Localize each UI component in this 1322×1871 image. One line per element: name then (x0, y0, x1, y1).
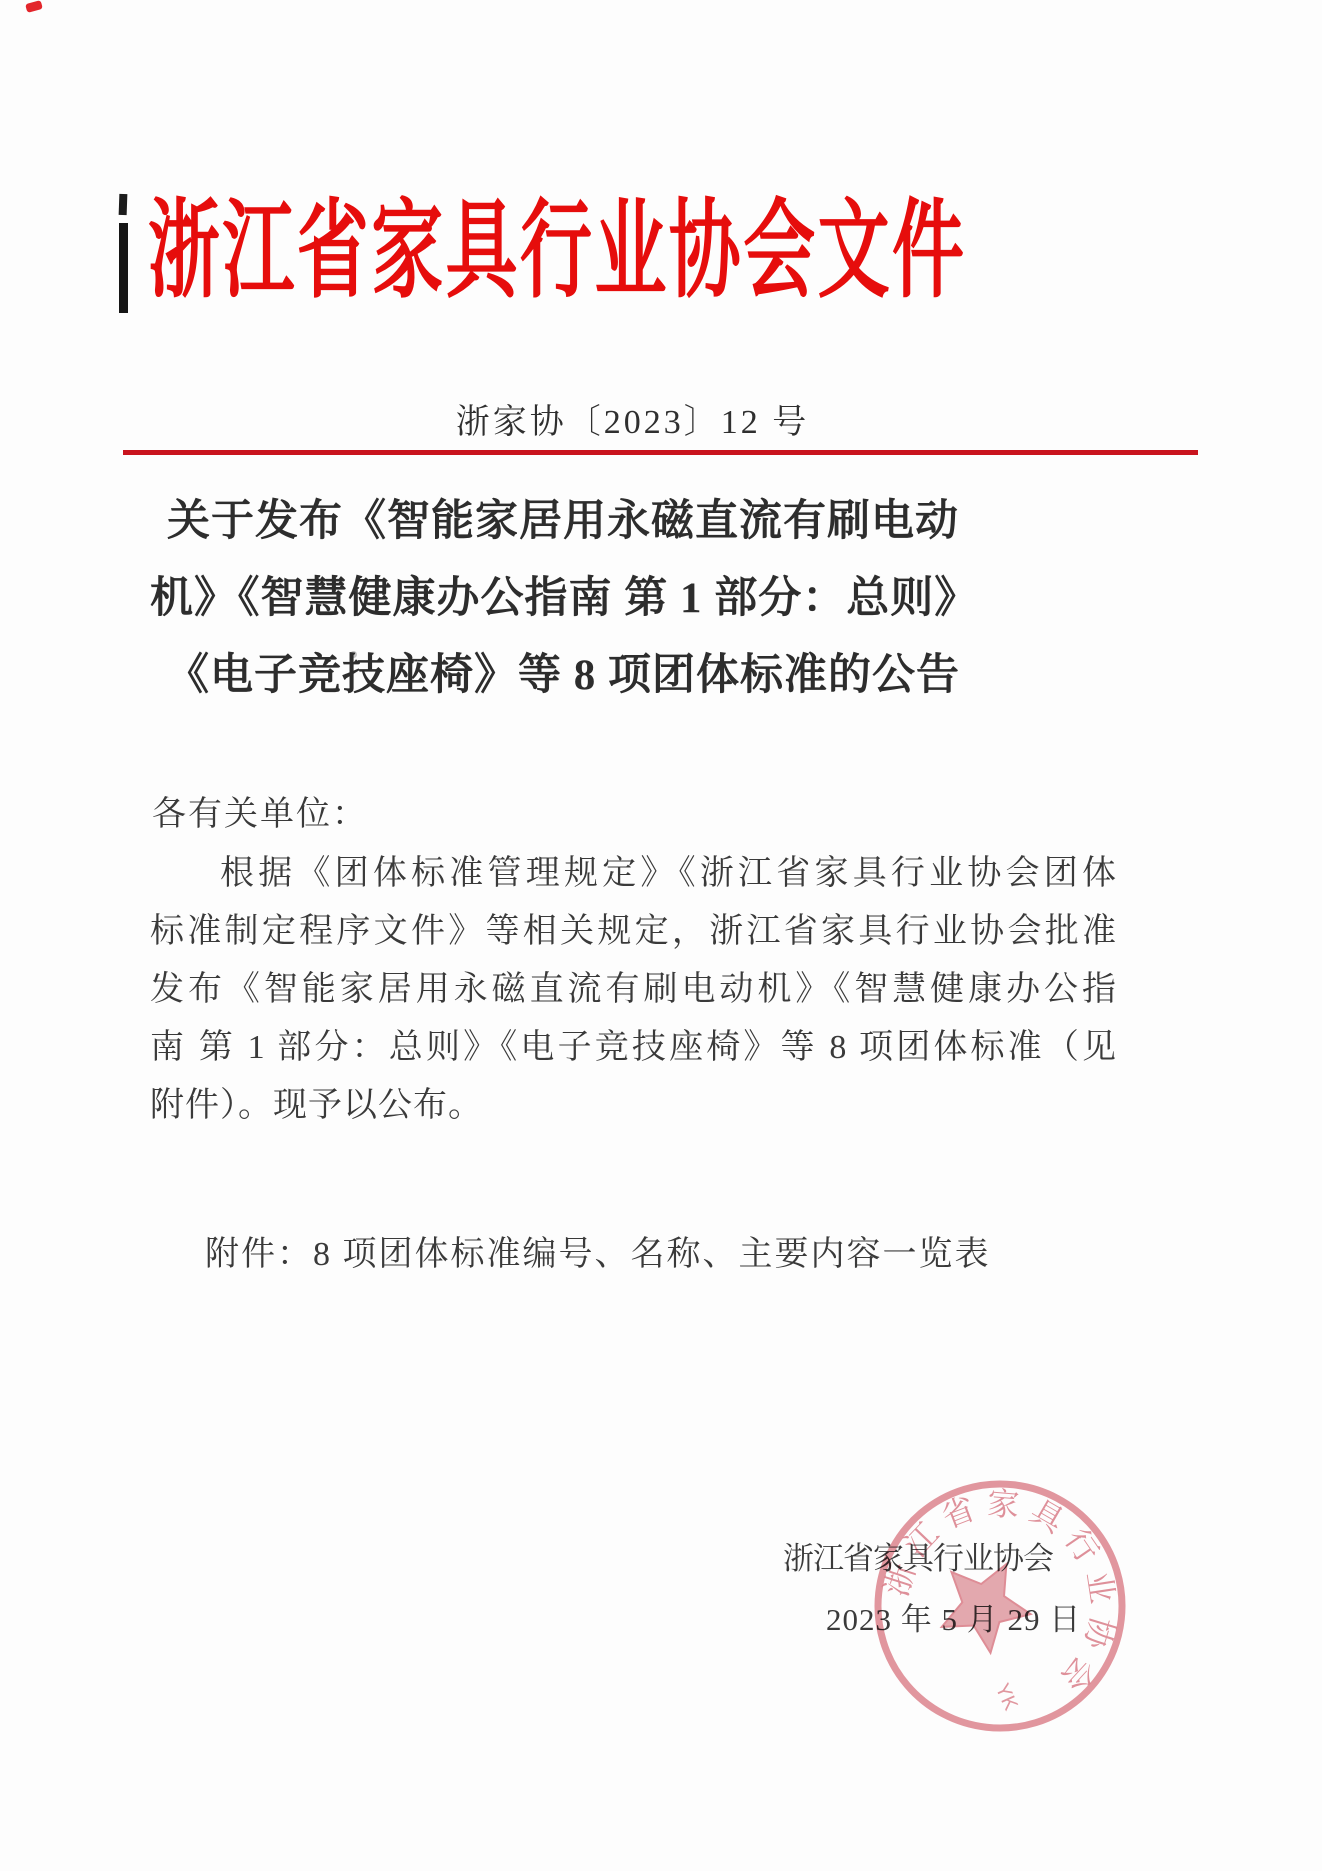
announcement-title-line-1: 关于发布《智能家居用永磁直流有刷电动 (150, 483, 976, 560)
announcement-title-line-2: 机》《智慧健康办公指南 第 1 部分：总则》 (150, 560, 976, 637)
attachment-note: 附件：8 项团体标准编号、名称、主要内容一览表 (205, 1226, 991, 1275)
announcement-title-line-3: 《电子竞技座椅》等 8 项团体标准的公告 (150, 637, 976, 714)
document-number: 浙家协〔2023〕12 号 (150, 394, 1115, 443)
body-paragraph: 根据《团体标准管理规定》《浙江省家具行业协会团体 标准制定程序文件》等相关规定，… (150, 845, 1117, 1135)
scan-artifact-red-speck (25, 0, 43, 13)
seal-rotated-group: 浙江省家具行业协会 YK (868, 1474, 1132, 1738)
paragraph-line: 南 第 1 部分：总则》《电子竞技座椅》等 8 项团体标准（见 (150, 1019, 1117, 1077)
paragraph-line: 发布《智能家居用永磁直流有刷电动机》《智慧健康办公指 (150, 961, 1117, 1019)
scan-artifact-left-mark (119, 194, 128, 215)
paragraph-line: 标准制定程序文件》等相关规定，浙江省家具行业协会批准 (150, 903, 1117, 961)
scan-artifact-left-mark (119, 223, 128, 313)
seal-star-icon (927, 1543, 1046, 1661)
letterhead-title: 浙江省家具行业协会文件 (148, 164, 966, 318)
announcement-title: 关于发布《智能家居用永磁直流有刷电动 机》《智慧健康办公指南 第 1 部分：总则… (150, 483, 976, 714)
scanned-document-page: 浙江省家具行业协会文件 浙家协〔2023〕12 号 关于发布《智能家居用永磁直流… (0, 0, 1322, 1871)
salutation: 各有关单位： (152, 786, 368, 835)
official-seal-stamp: 浙江省家具行业协会 YK (868, 1474, 1132, 1738)
paragraph-line: 附件）。现予以公布。 (150, 1077, 1117, 1135)
seal-corner-mark: YK (991, 1680, 1022, 1714)
red-separator-rule (123, 450, 1198, 455)
paragraph-line: 根据《团体标准管理规定》《浙江省家具行业协会团体 (150, 845, 1117, 903)
